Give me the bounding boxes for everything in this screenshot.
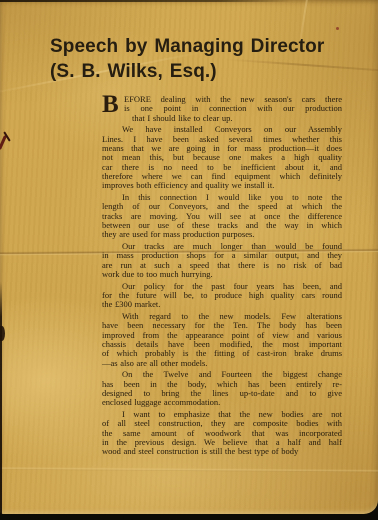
paragraph: In this connection I would like you to n…: [102, 193, 342, 239]
stain-mark: [0, 326, 5, 341]
text-line: enclosed luggage accommodation.: [102, 398, 342, 407]
text-line: the £300 market.: [102, 300, 342, 309]
paragraph: On the Twelve and Fourteen the biggest c…: [102, 370, 342, 407]
paragraph: We have installed Conveyors on our Assem…: [102, 125, 342, 190]
text-line: improves both efficiency and quality we …: [102, 181, 342, 190]
scan-edge-shadow: [0, 282, 2, 514]
scan-edge-shadow: [0, 0, 292, 2]
drop-cap: B: [102, 96, 120, 114]
paragraph: Our tracks are much longer than would be…: [102, 242, 342, 279]
text-line: —as also are all other models.: [102, 359, 342, 368]
text-line: they are used for mass production purpos…: [102, 230, 342, 239]
red-ink-mark: [0, 131, 12, 153]
text-line: that I should like to clear up.: [102, 114, 342, 123]
paragraph: With regard to the new models. Few alter…: [102, 312, 342, 368]
page-title-line1: Speech by Managing Director: [50, 36, 324, 58]
text-line: work due to too much hurrying.: [102, 270, 342, 279]
crease-line: [0, 467, 378, 473]
crease-line: [225, 58, 378, 71]
page-title-line2: (S. B. Wilks, Esq.): [50, 61, 217, 83]
paper-sheet: Speech by Managing Director (S. B. Wilks…: [0, 0, 378, 514]
scanned-page: Speech by Managing Director (S. B. Wilks…: [0, 0, 378, 520]
text-line: wood and steel construction is still the…: [102, 447, 342, 456]
paragraph: Our policy for the past four years has b…: [102, 282, 342, 310]
paper-speck: [336, 27, 339, 30]
paragraph: B EFORE dealing with the new season's ca…: [102, 95, 342, 123]
speech-text: B EFORE dealing with the new season's ca…: [102, 95, 342, 456]
paragraph: I want to emphasize that the new bodies …: [102, 410, 342, 456]
